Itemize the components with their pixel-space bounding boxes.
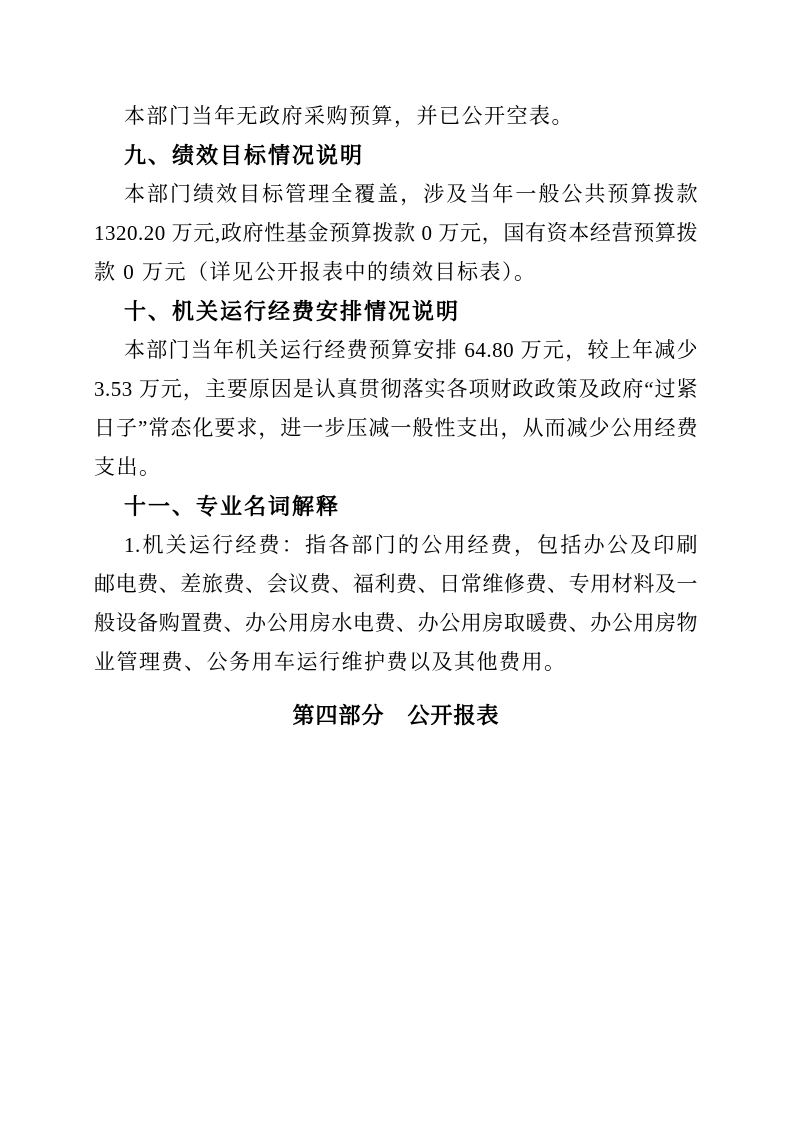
section-heading-11: 十一、专业名词解释 <box>94 487 698 526</box>
section-10-line-2: 3.53 万元，主要原因是认真贯彻落实各项财政政策及政府“过紧 <box>94 370 698 409</box>
section-10-line-1: 本部门当年机关运行经费预算安排 64.80 万元，较上年减少 <box>94 331 698 370</box>
intro-paragraph-line: 本部门当年无政府采购预算，并已公开空表。 <box>94 97 698 136</box>
section-9-line-3: 款 0 万元（详见公开报表中的绩效目标表）。 <box>94 253 698 292</box>
section-10-line-3: 日子”常态化要求，进一步压减一般性支出，从而减少公用经费 <box>94 409 698 448</box>
section-9-line-1: 本部门绩效目标管理全覆盖，涉及当年一般公共预算拨款 <box>94 175 698 214</box>
section-11-line-3: 般设备购置费、办公用房水电费、办公用房取暖费、办公用房物 <box>94 604 698 643</box>
section-9-line-2: 1320.20 万元,政府性基金预算拨款 0 万元，国有资本经营预算拨 <box>94 214 698 253</box>
section-11-line-1: 1.机关运行经费：指各部门的公用经费，包括办公及印刷费、 <box>94 526 698 565</box>
section-10-line-4: 支出。 <box>94 448 698 487</box>
section-heading-9: 九、绩效目标情况说明 <box>94 136 698 175</box>
section-heading-10: 十、机关运行经费安排情况说明 <box>94 292 698 331</box>
section-11-line-2: 邮电费、差旅费、会议费、福利费、日常维修费、专用材料及一 <box>94 565 698 604</box>
section-11-line-4: 业管理费、公务用车运行维护费以及其他费用。 <box>94 643 698 682</box>
part-4-heading: 第四部分 公开报表 <box>94 696 698 735</box>
document-page: 本部门当年无政府采购预算，并已公开空表。 九、绩效目标情况说明 本部门绩效目标管… <box>0 0 793 1122</box>
document-body: 本部门当年无政府采购预算，并已公开空表。 九、绩效目标情况说明 本部门绩效目标管… <box>94 97 698 735</box>
